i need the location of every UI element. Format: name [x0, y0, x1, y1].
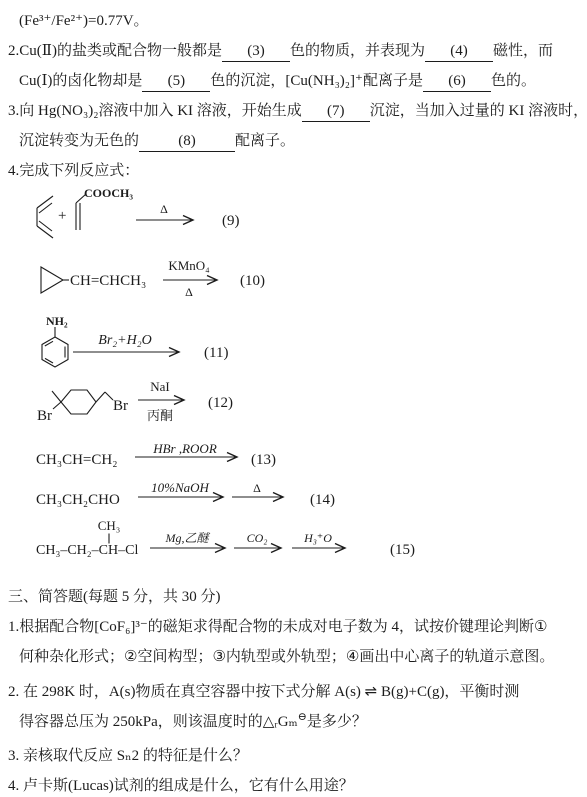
- reaction-11-scheme: NH₂ Br₂+H₂O (11): [8, 312, 587, 372]
- single-bond: [105, 392, 113, 400]
- equation-number: (10): [240, 273, 265, 289]
- blank-field: (7): [302, 101, 370, 122]
- equation-number: (15): [390, 542, 415, 558]
- reaction-10-scheme: CH=CHCH₃ KMnO₄ Δ (10): [8, 258, 587, 306]
- condition-br2-h2o: Br₂+H₂O: [98, 333, 151, 348]
- text-run: 2. 在 298K 时，A(s)物质在真空容器中按下式分解 A(s): [8, 684, 365, 700]
- blank-field: (3): [222, 41, 290, 62]
- text-run: 得容器总压为 250kPa，则该温度时的△ᵣGₘ: [19, 714, 298, 730]
- text-run: 2.Cu(Ⅱ)的盐类或配合物一般都是: [8, 43, 222, 59]
- question-4-heading: 4.完成下列反应式：: [8, 156, 583, 186]
- exam-document-page: (Fe³⁺/Fe²⁺)=0.77V。 2.Cu(Ⅱ)的盐类或配合物一般都是(3)…: [0, 0, 587, 797]
- condition-hbr-roor: HBr ,ROOR: [152, 442, 217, 456]
- equation-number: (14): [310, 492, 335, 508]
- benzene-ring: [42, 337, 68, 367]
- methyl-group-label: CH₃: [98, 518, 121, 533]
- text-run: 色的沉淀，[Cu(NH₃)₂]⁺配离子是: [210, 73, 423, 89]
- condition-delta: Δ: [160, 202, 168, 216]
- question-2-line-1: 2.Cu(Ⅱ)的盐类或配合物一般都是(3)色的物质，并表现为(4)磁性，而: [8, 36, 583, 66]
- short-answer-3: 3. 亲核取代反应 Sₙ2 的特征是什么？: [8, 741, 583, 771]
- acrylate-structure: COOCH₃: [76, 186, 133, 230]
- cyclopropane-ring: [41, 267, 63, 293]
- condition-acetone: 丙酮: [147, 408, 173, 423]
- question-3-line-2: 沉淀转变为无色的(8)配离子。: [8, 126, 583, 156]
- condition-naoh: 10%NaOH: [151, 480, 209, 495]
- text-run: 何种杂化形式；②空间构型；③内轨型或外轨型；④画出中心离子的轨道示意图。: [19, 649, 554, 665]
- reactant-formula: CH₃CH=CH₂: [36, 452, 117, 468]
- text-run: 三、简答题(每题 5 分，共 30 分): [8, 589, 221, 605]
- blank-field: (5): [142, 71, 210, 92]
- methyl-bond: [52, 391, 61, 402]
- condition-mg-ether: Mg,乙醚: [165, 531, 211, 545]
- text-run: 4. 卢卡斯(Lucas)试剂的组成是什么，它有什么用途？: [8, 778, 354, 794]
- single-bond: [96, 392, 105, 402]
- text-run: B(g)+C(g)，平衡时测: [377, 684, 519, 700]
- text-run: 色的物质，并表现为: [290, 43, 425, 59]
- ester-group-label: COOCH₃: [84, 186, 133, 200]
- reactant-formula: CH₃–CH₂–CH–Cl: [36, 543, 138, 558]
- bromine-label-right: Br: [113, 398, 128, 414]
- text-run: 3.向 Hg(NO₃)₂溶液中加入 KI 溶液，开始生成: [8, 103, 302, 119]
- butadiene-structure: [37, 196, 53, 238]
- bromine-label-left: Br: [37, 408, 52, 424]
- line-fe-potential: (Fe³⁺/Fe²⁺)=0.77V。: [8, 6, 583, 36]
- reaction-9-scheme: + COOCH₃ Δ (9): [8, 186, 587, 244]
- reaction-13-scheme: CH₃CH=CH₂ HBr ,ROOR (13): [8, 442, 587, 476]
- alkene-chain-label: CH=CHCH₃: [70, 273, 146, 289]
- section-3-heading: 三、简答题(每题 5 分，共 30 分): [8, 582, 583, 612]
- text-run: ⇌: [365, 682, 378, 700]
- question-2-line-2: Cu(Ⅰ)的卤化物却是(5)色的沉淀，[Cu(NH₃)₂]⁺配离子是(6)色的。: [8, 66, 583, 96]
- condition-co2: CO₂: [247, 531, 268, 545]
- text-run: 3. 亲核取代反应 Sₙ2 的特征是什么？: [8, 748, 248, 764]
- amine-group-label: NH₂: [46, 314, 68, 328]
- short-answer-4: 4. 卢卡斯(Lucas)试剂的组成是什么，它有什么用途？: [8, 771, 583, 797]
- text-run: Cu(Ⅰ)的卤化物却是: [19, 73, 142, 89]
- text-run: 4.完成下列反应式：: [8, 163, 139, 179]
- condition-delta: Δ: [185, 285, 193, 299]
- reaction-14-scheme: CH₃CH₂CHO 10%NaOH Δ (14): [8, 480, 587, 518]
- reaction-12-scheme: Br Br NaI 丙酮 (12): [8, 378, 587, 436]
- condition-delta: Δ: [253, 481, 261, 495]
- blank-field: (6): [423, 71, 491, 92]
- question-3-line-1: 3.向 Hg(NO₃)₂溶液中加入 KI 溶液，开始生成(7)沉淀，当加入过量的…: [8, 96, 583, 126]
- double-bond: [37, 196, 53, 208]
- single-bond: [53, 402, 61, 409]
- blank-field: (4): [425, 41, 493, 62]
- equation-number: (11): [204, 345, 228, 361]
- equation-number: (13): [251, 452, 276, 468]
- reaction-15-scheme: CH₃ CH₃–CH₂–CH–Cl Mg,乙醚 CO₂ H₃⁺O (15): [8, 518, 587, 566]
- double-bond: [37, 226, 53, 238]
- text-run: 磁性，而: [493, 43, 553, 59]
- text-run: ⊖: [298, 711, 307, 723]
- text-run: 色的。: [491, 73, 536, 89]
- condition-kmno4: KMnO₄: [168, 258, 210, 273]
- plus-sign: +: [58, 208, 66, 224]
- short-answer-1-line-2: 何种杂化形式；②空间构型；③内轨型或外轨型；④画出中心离子的轨道示意图。: [8, 642, 583, 672]
- short-answer-2-line-2: 得容器总压为 250kPa，则该温度时的△ᵣGₘ⊖是多少？: [8, 707, 583, 737]
- text-run: 配离子。: [235, 133, 295, 149]
- text-run: 是多少？: [307, 714, 367, 730]
- blank-field: (8): [139, 131, 235, 152]
- condition-h3o: H₃⁺O: [303, 531, 332, 545]
- condition-nai: NaI: [150, 379, 170, 394]
- equation-number: (12): [208, 395, 233, 411]
- text-run: 沉淀，当加入过量的 KI 溶液时，: [370, 103, 587, 119]
- text-run: 沉淀转变为无色的: [19, 133, 139, 149]
- cyclohexane-ring: [61, 390, 96, 414]
- text-run: 1.根据配合物[CoF₆]³⁻的磁矩求得配合物的未成对电子数为 4，试按价键理论…: [8, 619, 547, 635]
- short-answer-1-line-1: 1.根据配合物[CoF₆]³⁻的磁矩求得配合物的未成对电子数为 4，试按价键理论…: [8, 612, 583, 642]
- equation-number: (9): [222, 213, 240, 229]
- short-answer-2-line-1: 2. 在 298K 时，A(s)物质在真空容器中按下式分解 A(s) ⇌ B(g…: [8, 676, 583, 707]
- reactant-formula: CH₃CH₂CHO: [36, 492, 120, 508]
- text-run: (Fe³⁺/Fe²⁺)=0.77V。: [19, 13, 149, 29]
